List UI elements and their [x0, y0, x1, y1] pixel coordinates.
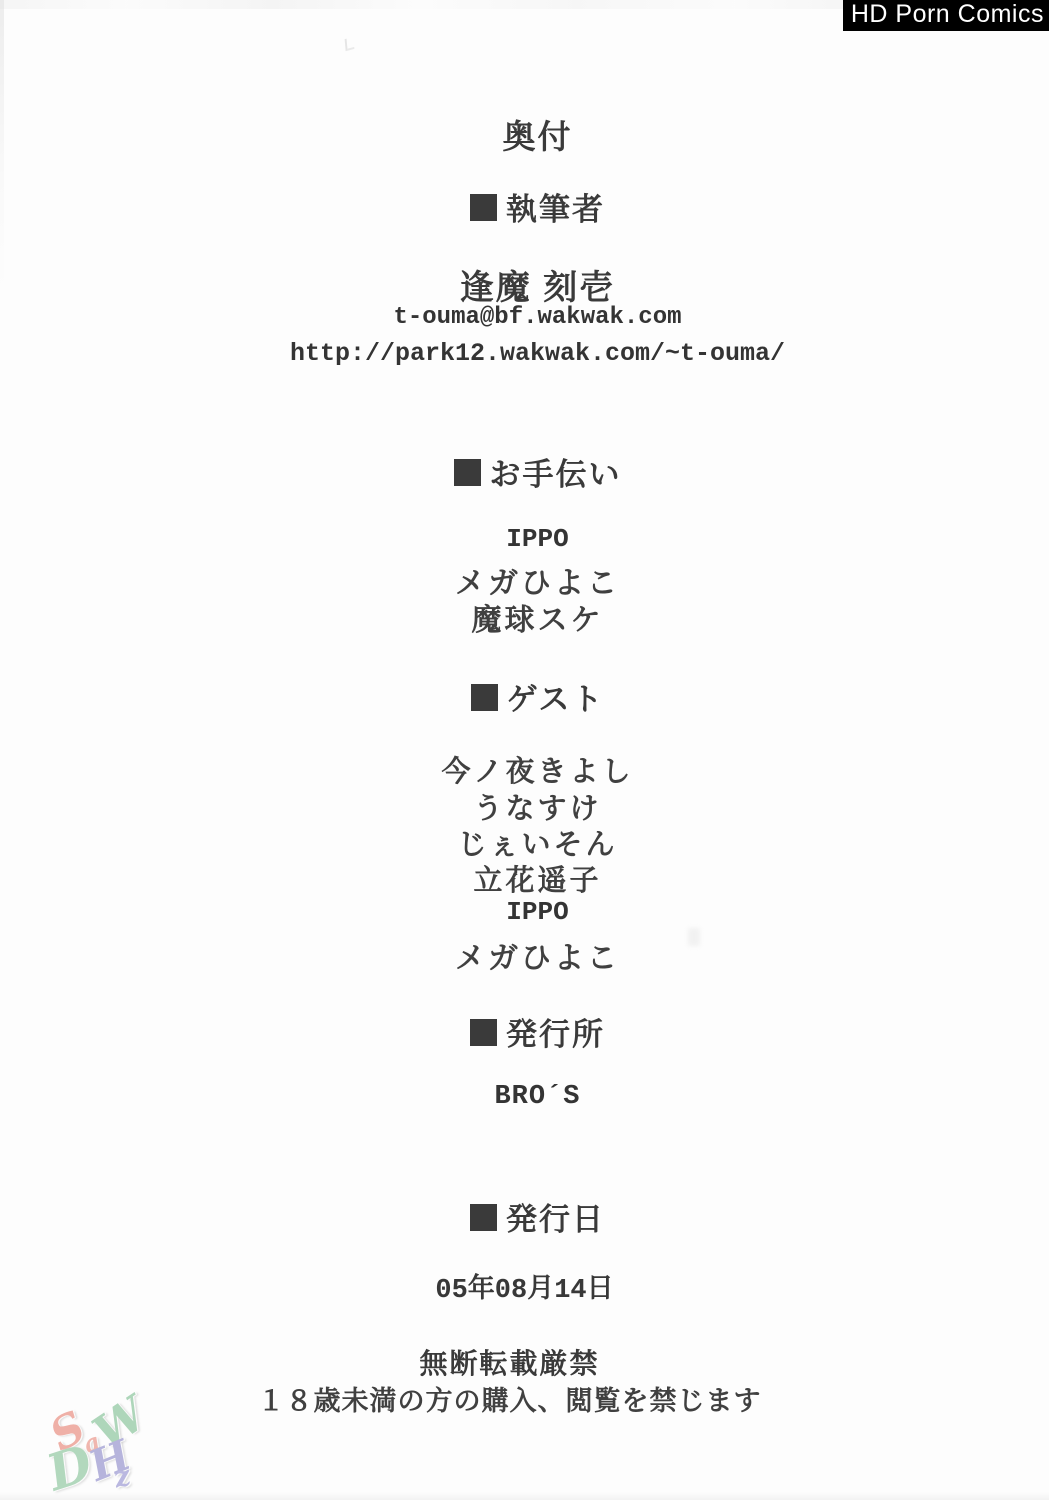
square-bullet-icon: [471, 684, 498, 711]
guest-name: 立花遥子: [13, 858, 1049, 899]
section-heading-author: 執筆者: [13, 184, 1049, 229]
square-bullet-icon: [470, 194, 497, 221]
guest-name: うなすけ: [13, 786, 1049, 827]
scanned-colophon-page: HD Porn Comics 奥付 執筆者 逢魔 刻壱 t-ouma@bf.wa…: [0, 0, 1049, 1500]
section-heading-date: 発行日: [13, 1194, 1049, 1239]
notice-line: 無断転載厳禁: [0, 1342, 1034, 1382]
author-url: http://park12.wakwak.com/~t-ouma/: [13, 339, 1049, 368]
publication-date: 05年08月14日: [0, 1266, 1049, 1306]
guest-name: IPPO: [13, 897, 1049, 927]
guest-name: メガひよこ: [13, 933, 1049, 977]
guest-name: じぇいそん: [13, 822, 1049, 863]
square-bullet-icon: [470, 1019, 497, 1046]
section-heading-guests: ゲスト: [13, 674, 1049, 719]
publisher-name: BRO´S: [13, 1082, 1049, 1112]
site-watermark: HD Porn Comics: [843, 0, 1049, 31]
notice-line: １８歳未満の方の購入、閲覧を禁じます: [0, 1379, 1034, 1418]
scan-artifact: [345, 37, 355, 51]
page-title: 奥付: [13, 111, 1049, 158]
guest-name: 今ノ夜きよし: [13, 749, 1049, 790]
square-bullet-icon: [454, 459, 481, 486]
scan-artifact: [0, 1492, 1049, 1500]
helper-name: IPPO: [13, 524, 1049, 554]
section-heading-helpers: お手伝い: [13, 449, 1049, 494]
scan-artifact: [0, 0, 4, 290]
helper-name: 魔球スケ: [13, 595, 1049, 639]
author-name: 逢魔 刻壱: [13, 260, 1049, 309]
section-heading-publisher: 発行所: [13, 1009, 1049, 1054]
square-bullet-icon: [470, 1204, 497, 1231]
site-watermark-label: HD Porn Comics: [851, 2, 1044, 27]
author-email: t-ouma@bf.wakwak.com: [13, 304, 1049, 331]
